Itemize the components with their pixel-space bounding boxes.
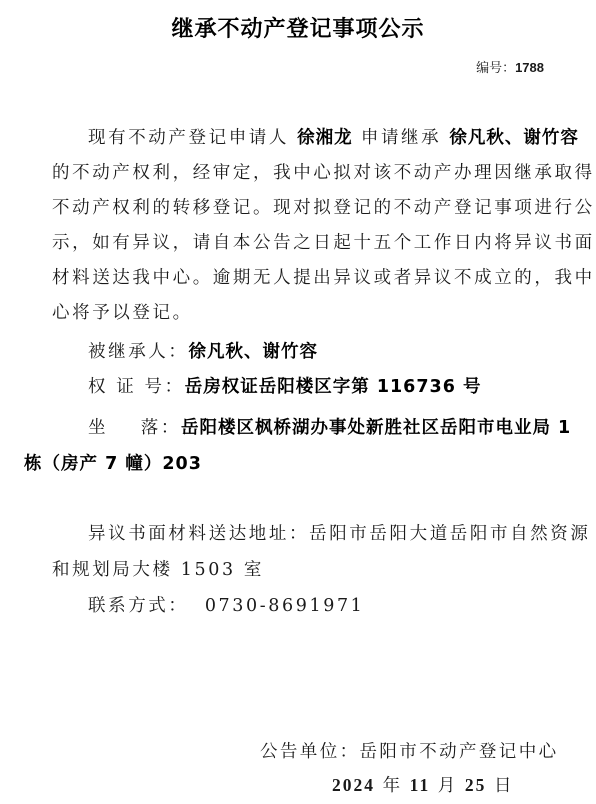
certificate-field: 权 证 号：岳房权证岳阳楼区字第 116736 号 xyxy=(88,373,481,398)
intro-line-4: 示，如有异议，请自本公告之日起十五个工作日内将异议书面 xyxy=(52,229,595,254)
location-value-cont: 栋（房产 7 幢）203 xyxy=(24,450,202,475)
date-month: 11 xyxy=(410,775,431,795)
date-day: 25 xyxy=(465,775,487,795)
objection-address-line-2: 和规划局大楼 1503 室 xyxy=(52,556,264,581)
decedent-value: 徐凡秋、谢竹容 xyxy=(189,342,319,362)
intro-line-1: 现有不动产登记申请人 徐湘龙 申请继承 徐凡秋、谢竹容 xyxy=(88,124,579,149)
date-day-unit: 日 xyxy=(494,776,514,796)
document-number-label: 编号： xyxy=(476,61,515,76)
document-title: 继承不动产登记事项公示 xyxy=(0,12,596,43)
certificate-value: 岳房权证岳阳楼区字第 116736 号 xyxy=(185,377,482,397)
location-field: 坐 落：岳阳楼区枫桥湖办事处新胜社区岳阳市电业局 1 xyxy=(88,414,571,439)
document-number-value: 1788 xyxy=(515,60,544,75)
intro-line-3: 不动产权利的转移登记。现对拟登记的不动产登记事项进行公 xyxy=(52,194,595,219)
intro-line-5: 材料送达我中心。逾期无人提出异议或者异议不成立的，我中 xyxy=(52,264,595,289)
intro-prefix: 现有不动产登记申请人 xyxy=(88,128,289,148)
decedent-field: 被继承人：徐凡秋、谢竹容 xyxy=(88,338,318,363)
applicant-name: 徐湘龙 xyxy=(297,128,353,148)
intro-mid: 申请继承 xyxy=(361,128,441,148)
objection-address-line-1: 异议书面材料送达地址：岳阳市岳阳大道岳阳市自然资源 xyxy=(88,520,591,545)
certificate-label: 权 证 号： xyxy=(88,377,185,397)
location-value: 岳阳楼区枫桥湖办事处新胜社区岳阳市电业局 1 xyxy=(181,418,571,438)
date-year-unit: 年 xyxy=(383,776,403,796)
contact-info: 联系方式： 0730-8691971 xyxy=(88,592,364,617)
date-month-unit: 月 xyxy=(438,776,458,796)
location-label: 坐 落： xyxy=(88,418,181,438)
intro-line-6: 心将予以登记。 xyxy=(52,299,193,324)
issuer: 公告单位：岳阳市不动产登记中心 xyxy=(260,738,559,763)
date-year: 2024 xyxy=(332,775,375,795)
decedent-names: 徐凡秋、谢竹容 xyxy=(449,128,579,148)
decedent-label: 被继承人： xyxy=(88,342,189,362)
issue-date: 2024 年 11 月 25 日 xyxy=(332,772,513,797)
document-number: 编号：1788 xyxy=(476,57,544,76)
intro-line-2: 的不动产权利，经审定，我中心拟对该不动产办理因继承取得 xyxy=(52,159,595,184)
